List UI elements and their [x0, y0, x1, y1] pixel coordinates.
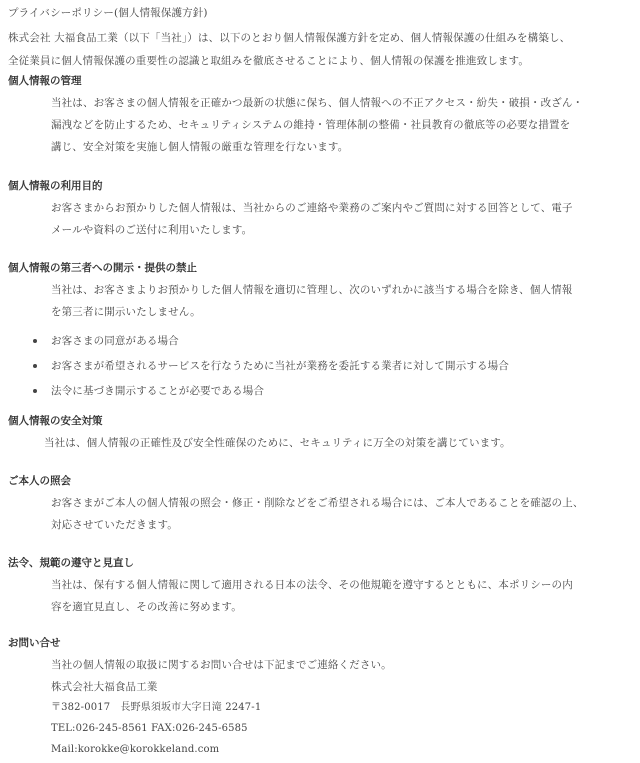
contact-intro: 当社の個人情報の取扱に関するお問い合せは下記までご連絡ください。: [51, 658, 392, 672]
compliance-line-2: 容を適宜見直し、その改善に努めます。: [51, 600, 242, 614]
management-line-1: 当社は、お客さまの個人情報を正確かつ最新の状態に保ち、個人情報への不正アクセス・…: [51, 96, 583, 110]
disclosure-bullet-3: 法令に基づき開示することが必要である場合: [51, 384, 264, 398]
section-heading-security: 個人情報の安全対策: [8, 414, 103, 428]
section-heading-disclosure: 個人情報の第三者への開示・提供の禁止: [8, 261, 197, 275]
inquiry-line-1: お客さまがご本人の個人情報の照会・修正・削除などをご希望される場合には、ご本人で…: [51, 496, 584, 510]
bullet-dot-icon: [33, 389, 37, 393]
intro-line-1: 株式会社 大福食品工業（以下「当社」）は、以下のとおり個人情報保護方針を定め、個…: [8, 31, 570, 45]
page-title: プライバシーポリシー(個人情報保護方針): [8, 6, 208, 20]
contact-address: 〒382-0017 長野県須坂市大字日滝 2247-1: [51, 701, 261, 715]
disclosure-bullet-1: お客さまの同意がある場合: [51, 334, 179, 348]
disclosure-line-1: 当社は、お客さまよりお預かりした個人情報を適切に管理し、次のいずれかに該当する場…: [51, 283, 572, 297]
disclosure-bullet-2: お客さまが希望されるサービスを行なうために当社が業務を委託する業者に対して開示す…: [51, 359, 509, 373]
purpose-line-2: メールや資料のご送付に利用いたします。: [51, 223, 252, 237]
bullet-dot-icon: [33, 364, 37, 368]
section-heading-purpose: 個人情報の利用目的: [8, 179, 103, 193]
management-line-3: 講じ、安全対策を実施し個人情報の厳重な管理を行ないます。: [51, 140, 348, 154]
contact-company-name: 株式会社大福食品工業: [51, 680, 158, 694]
intro-line-2: 全従業員に個人情報保護の重要性の認識と取組みを徹底させることにより、個人情報の保…: [8, 54, 529, 68]
security-line-1: 当社は、個人情報の正確性及び安全性確保のために、セキュリティに万全の対策を講じて…: [44, 436, 511, 450]
section-heading-compliance: 法令、規範の遵守と見直し: [8, 556, 134, 570]
section-heading-contact: お問い合せ: [8, 636, 61, 650]
section-heading-inquiry: ご本人の照会: [8, 474, 71, 488]
management-line-2: 漏洩などを防止するため、セキュリティシステムの維持・管理体制の整備・社員教育の徹…: [51, 118, 570, 132]
disclosure-line-2: を第三者に開示いたしません。: [51, 305, 201, 319]
contact-email: Mail:korokke@korokkeland.com: [51, 743, 219, 757]
compliance-line-1: 当社は、保有する個人情報に関して適用される日本の法令、その他規範を遵守するととも…: [51, 578, 573, 592]
contact-phone-fax: TEL:026-245-8561 FAX:026-245-6585: [51, 722, 248, 736]
purpose-line-1: お客さまからお預かりした個人情報は、当社からのご連絡や業務のご案内やご質問に対す…: [51, 201, 573, 215]
section-heading-management: 個人情報の管理: [8, 74, 82, 88]
inquiry-line-2: 対応させていただきます。: [51, 518, 178, 532]
bullet-dot-icon: [33, 339, 37, 343]
